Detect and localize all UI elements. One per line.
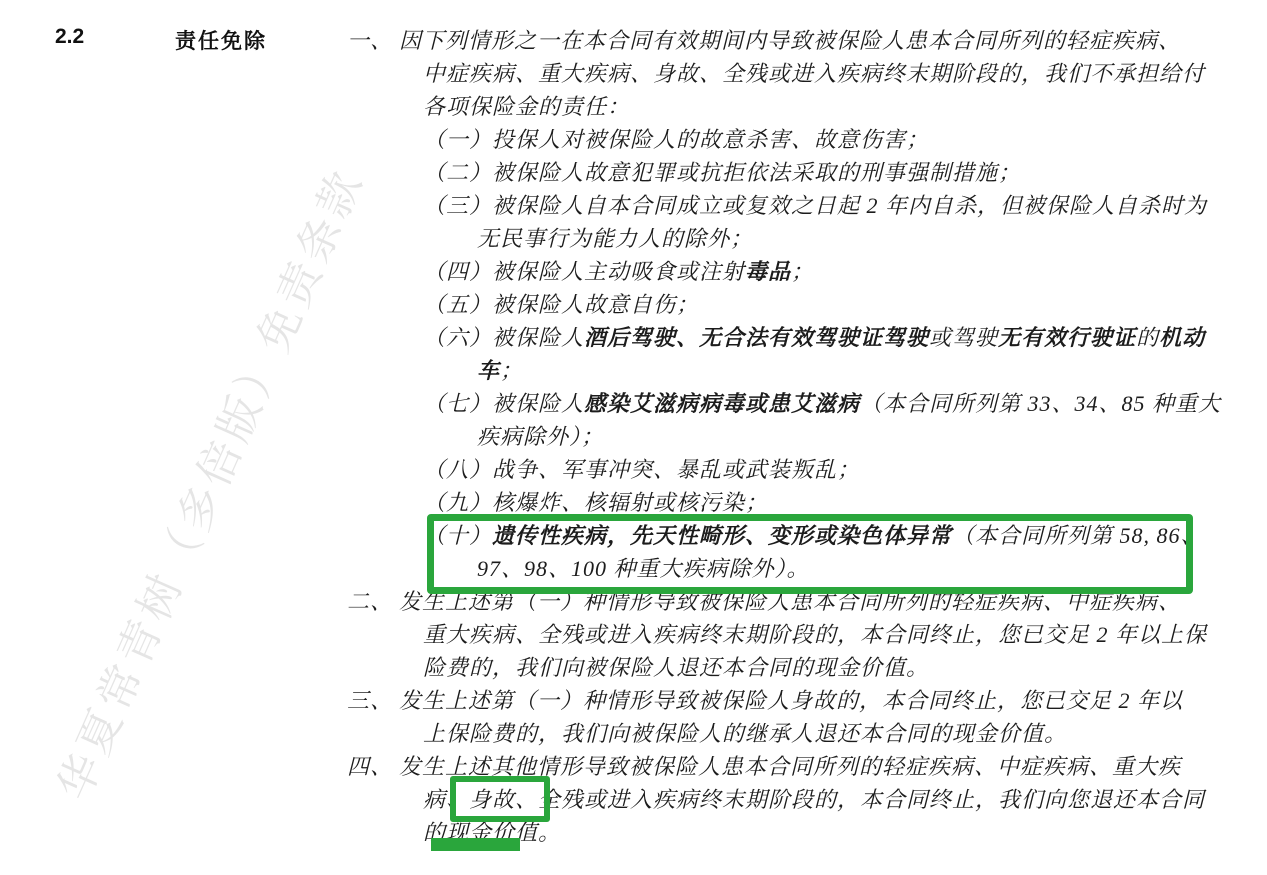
body-text: 中症疾病、重大疾病、身故、全残或进入疾病终末期阶段的，我们不承担给付 bbox=[423, 61, 1205, 86]
body-text: 投保人对被保险人的故意杀害、故意伤害； bbox=[492, 127, 929, 152]
emphasized-text: 遗传性疾病，先天性畸形、变形或染色体异常 bbox=[492, 523, 952, 548]
text-line: （九）核爆炸、核辐射或核污染； bbox=[347, 486, 1247, 519]
text-line: 无民事行为能力人的除外； bbox=[347, 222, 1247, 255]
body-text: 发生上述第（一）种情形导致被保险人身故的，本合同终止，您已交足 2 年以 bbox=[399, 688, 1183, 713]
text-line: 重大疾病、全残或进入疾病终末期阶段的，本合同终止，您已交足 2 年以上保 bbox=[347, 618, 1247, 651]
body-text: 重大疾病、全残或进入疾病终末期阶段的，本合同终止，您已交足 2 年以上保 bbox=[423, 622, 1207, 647]
text-line: （三）被保险人自本合同成立或复效之日起 2 年内自杀，但被保险人自杀时为 bbox=[347, 189, 1247, 222]
document-page: { "page": { "section_number": "2.2", "se… bbox=[0, 0, 1267, 875]
text-line: 二、发生上述第（一）种情形导致被保险人患本合同所列的轻症疾病、中症疾病、 bbox=[347, 585, 1247, 618]
list-item-label: （七） bbox=[423, 387, 492, 420]
text-line: 险费的，我们向被保险人退还本合同的现金价值。 bbox=[347, 651, 1247, 684]
text-line: 车； bbox=[347, 354, 1247, 387]
list-item-label: （九） bbox=[423, 486, 492, 519]
text-line: （十）遗传性疾病，先天性畸形、变形或染色体异常（本合同所列第 58, 86、 bbox=[347, 519, 1247, 552]
text-line: 97、98、100 种重大疾病除外）。 bbox=[347, 552, 1247, 585]
text-line: （四）被保险人主动吸食或注射毒品； bbox=[347, 255, 1247, 288]
emphasized-text: 感染艾滋病病毒或患艾滋病 bbox=[584, 391, 860, 416]
list-item-label: （八） bbox=[423, 453, 492, 486]
list-item-label: 三、 bbox=[347, 684, 399, 717]
body-text: 上保险费的，我们向被保险人的继承人退还本合同的现金价值。 bbox=[423, 721, 1067, 746]
body-text: 核爆炸、核辐射或核污染； bbox=[492, 490, 768, 515]
body-text: 的 bbox=[1136, 325, 1159, 350]
body-text: 发生上述其他情形导致被保险人患本合同所列的轻症疾病、中症疾病、重大疾 bbox=[399, 754, 1181, 779]
emphasized-text: 机动 bbox=[1159, 325, 1205, 350]
body-text: 被保险人自本合同成立或复效之日起 2 年内自杀，但被保险人自杀时为 bbox=[492, 193, 1207, 218]
list-item-label: （一） bbox=[423, 123, 492, 156]
emphasized-text: 毒品 bbox=[745, 259, 791, 284]
body-text: 各项保险金的责任： bbox=[423, 94, 630, 119]
list-item-label: （四） bbox=[423, 255, 492, 288]
body-text: 被保险人 bbox=[492, 325, 584, 350]
text-line: （一）投保人对被保险人的故意杀害、故意伤害； bbox=[347, 123, 1247, 156]
text-line: 中症疾病、重大疾病、身故、全残或进入疾病终末期阶段的，我们不承担给付 bbox=[347, 57, 1247, 90]
text-line: 疾病除外）； bbox=[347, 420, 1247, 453]
list-item-label: 四、 bbox=[347, 750, 399, 783]
watermark-text: 华夏常青树（多倍版）免责条款 bbox=[38, 156, 375, 809]
list-item-label: （五） bbox=[423, 288, 492, 321]
body-text: 病、身故、全残或进入疾病终末期阶段的，本合同终止，我们向您退还本合同 bbox=[423, 787, 1205, 812]
body-text: 97、98、100 种重大疾病除外）。 bbox=[477, 556, 810, 581]
text-line: （五）被保险人故意自伤； bbox=[347, 288, 1247, 321]
text-line: 三、发生上述第（一）种情形导致被保险人身故的，本合同终止，您已交足 2 年以 bbox=[347, 684, 1247, 717]
body-text: （本合同所列第 33、34、85 种重大 bbox=[860, 391, 1221, 416]
list-item-label: （六） bbox=[423, 321, 492, 354]
text-line: 病、身故、全残或进入疾病终末期阶段的，本合同终止，我们向您退还本合同 bbox=[347, 783, 1247, 816]
body-text: ； bbox=[500, 358, 523, 383]
text-line: 四、发生上述其他情形导致被保险人患本合同所列的轻症疾病、中症疾病、重大疾 bbox=[347, 750, 1247, 783]
body-text: 战争、军事冲突、暴乱或武装叛乱； bbox=[492, 457, 860, 482]
section-number: 2.2 bbox=[55, 25, 84, 49]
text-line: （八）战争、军事冲突、暴乱或武装叛乱； bbox=[347, 453, 1247, 486]
emphasized-text: 酒后驾驶、无合法有效驾驶证驾驶 bbox=[584, 325, 929, 350]
text-line: 一、因下列情形之一在本合同有效期间内导致被保险人患本合同所列的轻症疾病、 bbox=[347, 24, 1247, 57]
body-text: 被保险人故意自伤； bbox=[492, 292, 699, 317]
list-item-label: 二、 bbox=[347, 585, 399, 618]
text-line: （二）被保险人故意犯罪或抗拒依法采取的刑事强制措施； bbox=[347, 156, 1247, 189]
emphasized-text: 无有效行驶证 bbox=[998, 325, 1136, 350]
section-title: 责任免除 bbox=[175, 25, 267, 55]
body-text: 疾病除外）； bbox=[477, 424, 604, 449]
body-text: 被保险人故意犯罪或抗拒依法采取的刑事强制措施； bbox=[492, 160, 1021, 185]
text-line: 上保险费的，我们向被保险人的继承人退还本合同的现金价值。 bbox=[347, 717, 1247, 750]
text-line: （七）被保险人感染艾滋病病毒或患艾滋病（本合同所列第 33、34、85 种重大 bbox=[347, 387, 1247, 420]
body-text: 被保险人主动吸食或注射 bbox=[492, 259, 745, 284]
body-text: （本合同所列第 58, 86、 bbox=[952, 523, 1204, 548]
clause-body: 一、因下列情形之一在本合同有效期间内导致被保险人患本合同所列的轻症疾病、中症疾病… bbox=[347, 24, 1247, 849]
text-line: 各项保险金的责任： bbox=[347, 90, 1247, 123]
body-text: 因下列情形之一在本合同有效期间内导致被保险人患本合同所列的轻症疾病、 bbox=[399, 28, 1181, 53]
body-text: 的现金价值。 bbox=[423, 820, 561, 845]
text-line: （六）被保险人酒后驾驶、无合法有效驾驶证驾驶或驾驶无有效行驶证的机动 bbox=[347, 321, 1247, 354]
body-text: 或驾驶 bbox=[929, 325, 998, 350]
list-item-label: 一、 bbox=[347, 24, 399, 57]
body-text: ； bbox=[791, 259, 814, 284]
list-item-label: （二） bbox=[423, 156, 492, 189]
body-text: 无民事行为能力人的除外； bbox=[477, 226, 753, 251]
emphasized-text: 车 bbox=[477, 358, 500, 383]
text-line: 的现金价值。 bbox=[347, 816, 1247, 849]
body-text: 险费的，我们向被保险人退还本合同的现金价值。 bbox=[423, 655, 929, 680]
body-text: 发生上述第（一）种情形导致被保险人患本合同所列的轻症疾病、中症疾病、 bbox=[399, 589, 1181, 614]
list-item-label: （三） bbox=[423, 189, 492, 222]
body-text: 被保险人 bbox=[492, 391, 584, 416]
list-item-label: （十） bbox=[423, 519, 492, 552]
